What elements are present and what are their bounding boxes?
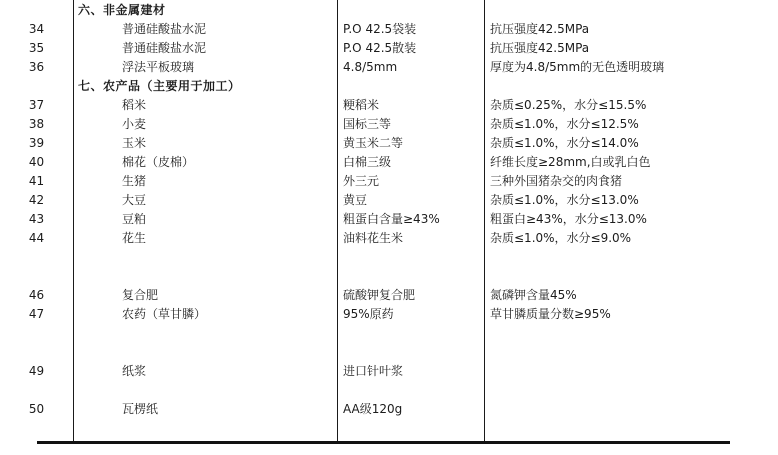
section-title (73, 342, 337, 361)
commodity-table: 六、非金属建材 34 普通硅酸盐水泥 P.O 42.5袋装 抗压强度42.5MP… (0, 0, 778, 455)
section-row (0, 342, 778, 361)
row-number-cell: 50 (0, 380, 73, 437)
row-number-cell: 49 (0, 361, 73, 380)
row-number-cell: 44 (0, 228, 73, 247)
spec-cell: 黄豆 (337, 190, 484, 209)
commodity-name-cell: 浮法平板玻璃 (73, 57, 337, 76)
quality-cell: 纤维长度≥28mm,白或乳白色 (484, 152, 778, 171)
spec-cell: 外三元 (337, 171, 484, 190)
table-row: 37 稻米 粳稻米 杂质≤0.25%，水分≤15.5% (0, 95, 778, 114)
table-row: 38 小麦 国标三等 杂质≤1.0%，水分≤12.5% (0, 114, 778, 133)
quality-cell: 杂质≤1.0%，水分≤13.0% (484, 190, 778, 209)
spec-cell (337, 323, 484, 342)
row-number-cell: 43 (0, 209, 73, 228)
commodity-name-cell (73, 323, 337, 342)
document-page: 六、非金属建材 34 普通硅酸盐水泥 P.O 42.5袋装 抗压强度42.5MP… (0, 0, 778, 455)
spec-cell: 硫酸钾复合肥 (337, 285, 484, 304)
quality-cell: 杂质≤1.0%，水分≤12.5% (484, 114, 778, 133)
table-row: 41 生猪 外三元 三种外国猪杂交的肉食猪 (0, 171, 778, 190)
spec-cell (337, 266, 484, 285)
commodity-name-cell: 玉米 (73, 133, 337, 152)
row-number-cell (0, 342, 73, 361)
section-title (73, 266, 337, 285)
spec-cell (337, 76, 484, 95)
table-row: 50 瓦楞纸 AA级120g (0, 380, 778, 437)
table-row: 40 棉花（皮棉） 白棉三级 纤维长度≥28mm,白或乳白色 (0, 152, 778, 171)
quality-cell: 杂质≤0.25%，水分≤15.5% (484, 95, 778, 114)
quality-cell (484, 266, 778, 285)
row-number-cell: 36 (0, 57, 73, 76)
quality-cell (484, 0, 778, 19)
table-row: 39 玉米 黄玉米二等 杂质≤1.0%，水分≤14.0% (0, 133, 778, 152)
section-row (0, 266, 778, 285)
row-number-cell (0, 0, 73, 19)
commodity-name-cell: 纸浆 (73, 361, 337, 380)
commodity-name-cell: 小麦 (73, 114, 337, 133)
spec-cell: 油料花生米 (337, 228, 484, 247)
spec-cell: 粗蛋白含量≥43% (337, 209, 484, 228)
row-number-cell: 46 (0, 285, 73, 304)
table-row: 36 浮法平板玻璃 4.8/5mm 厚度为4.8/5mm的无色透明玻璃 (0, 57, 778, 76)
quality-cell: 厚度为4.8/5mm的无色透明玻璃 (484, 57, 778, 76)
quality-cell: 杂质≤1.0%，水分≤14.0% (484, 133, 778, 152)
table-row: 43 豆粕 粗蛋白含量≥43% 粗蛋白≥43%，水分≤13.0% (0, 209, 778, 228)
commodity-name-cell (73, 247, 337, 266)
quality-cell: 氮磷钾含量45% (484, 285, 778, 304)
row-number-cell: 39 (0, 133, 73, 152)
quality-cell (484, 76, 778, 95)
table-row: 35 普通硅酸盐水泥 P.O 42.5散装 抗压强度42.5MPa (0, 38, 778, 57)
row-number-cell: 40 (0, 152, 73, 171)
section-row: 七、农产品（主要用于加工） (0, 76, 778, 95)
spec-cell: 95%原药 (337, 304, 484, 323)
quality-cell: 三种外国猪杂交的肉食猪 (484, 171, 778, 190)
table-row (0, 437, 778, 455)
commodity-name-cell: 棉花（皮棉） (73, 152, 337, 171)
commodity-name-cell: 复合肥 (73, 285, 337, 304)
section-title: 六、非金属建材 (73, 0, 337, 19)
quality-cell (484, 342, 778, 361)
table-row: 34 普通硅酸盐水泥 P.O 42.5袋装 抗压强度42.5MPa (0, 19, 778, 38)
row-number-cell (0, 437, 73, 455)
spec-cell (337, 342, 484, 361)
quality-cell: 粗蛋白≥43%，水分≤13.0% (484, 209, 778, 228)
row-number-cell: 37 (0, 95, 73, 114)
commodity-name-cell: 大豆 (73, 190, 337, 209)
spec-cell: 国标三等 (337, 114, 484, 133)
row-number-cell: 47 (0, 304, 73, 323)
section-title: 七、农产品（主要用于加工） (73, 76, 337, 95)
commodity-name-cell: 瓦楞纸 (73, 380, 337, 437)
row-number-cell: 41 (0, 171, 73, 190)
row-number-cell (0, 247, 73, 266)
row-number-cell: 34 (0, 19, 73, 38)
quality-cell (484, 437, 778, 455)
commodity-name-cell: 花生 (73, 228, 337, 247)
commodity-name-cell (73, 437, 337, 455)
table-row: 42 大豆 黄豆 杂质≤1.0%，水分≤13.0% (0, 190, 778, 209)
table-row: 47 农药（草甘膦） 95%原药 草甘膦质量分数≥95% (0, 304, 778, 323)
quality-cell: 抗压强度42.5MPa (484, 38, 778, 57)
quality-cell (484, 380, 778, 437)
section-row: 六、非金属建材 (0, 0, 778, 19)
spec-cell: AA级120g (337, 380, 484, 437)
row-number-cell: 42 (0, 190, 73, 209)
table-row (0, 247, 778, 266)
row-number-cell: 35 (0, 38, 73, 57)
spec-cell (337, 437, 484, 455)
row-number-cell (0, 76, 73, 95)
quality-cell: 草甘膦质量分数≥95% (484, 304, 778, 323)
table-row: 46 复合肥 硫酸钾复合肥 氮磷钾含量45% (0, 285, 778, 304)
quality-cell (484, 361, 778, 380)
table-row: 49 纸浆 进口针叶浆 (0, 361, 778, 380)
spec-cell: P.O 42.5散装 (337, 38, 484, 57)
table-row (0, 323, 778, 342)
row-number-cell (0, 266, 73, 285)
spec-cell (337, 247, 484, 266)
commodity-name-cell: 豆粕 (73, 209, 337, 228)
table-row: 44 花生 油料花生米 杂质≤1.0%，水分≤9.0% (0, 228, 778, 247)
commodity-name-cell: 生猪 (73, 171, 337, 190)
quality-cell (484, 247, 778, 266)
spec-cell: 4.8/5mm (337, 57, 484, 76)
commodity-name-cell: 农药（草甘膦） (73, 304, 337, 323)
spec-cell: 白棉三级 (337, 152, 484, 171)
spec-cell: 粳稻米 (337, 95, 484, 114)
quality-cell: 抗压强度42.5MPa (484, 19, 778, 38)
row-number-cell (0, 323, 73, 342)
spec-cell: P.O 42.5袋装 (337, 19, 484, 38)
spec-cell: 进口针叶浆 (337, 361, 484, 380)
row-number-cell: 38 (0, 114, 73, 133)
commodity-name-cell: 稻米 (73, 95, 337, 114)
spec-cell: 黄玉米二等 (337, 133, 484, 152)
commodity-name-cell: 普通硅酸盐水泥 (73, 19, 337, 38)
quality-cell: 杂质≤1.0%，水分≤9.0% (484, 228, 778, 247)
quality-cell (484, 323, 778, 342)
spec-cell (337, 0, 484, 19)
commodity-name-cell: 普通硅酸盐水泥 (73, 38, 337, 57)
